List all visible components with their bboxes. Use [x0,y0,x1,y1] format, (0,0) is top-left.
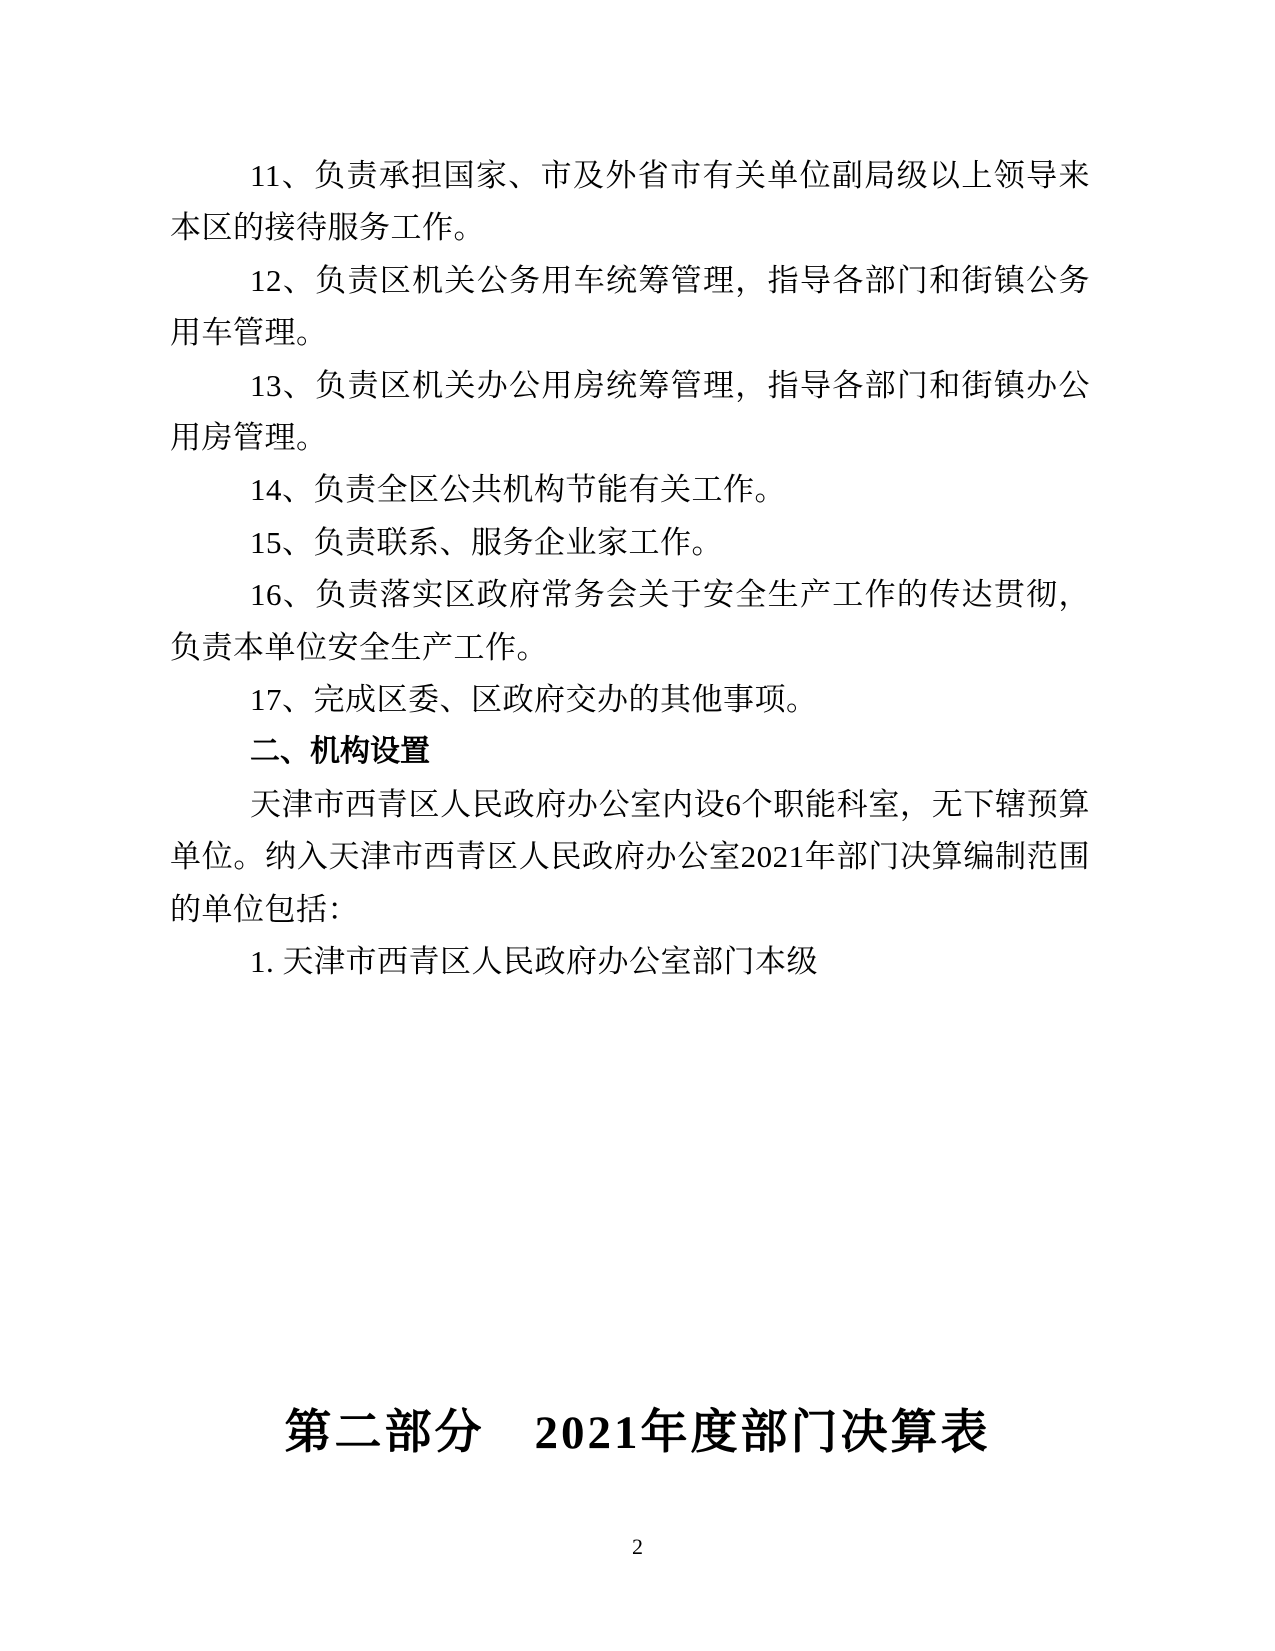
paragraph-duty-13: 13、负责区机关办公用房统筹管理，指导各部门和街镇办公用房管理。 [170,360,1090,465]
section-heading-organization: 二、机构设置 [170,726,1090,778]
paragraph-duty-11: 11、负责承担国家、市及外省市有关单位副局级以上领导来本区的接待服务工作。 [170,150,1090,255]
part-two-title: 第二部分 2021年度部门决算表 [0,1398,1275,1468]
paragraph-duty-14: 14、负责全区公共机构节能有关工作。 [170,464,1090,516]
document-body: 11、负责承担国家、市及外省市有关单位副局级以上领导来本区的接待服务工作。 12… [170,150,1090,989]
document-page: 11、负责承担国家、市及外省市有关单位副局级以上领导来本区的接待服务工作。 12… [0,0,1275,1651]
paragraph-duty-16: 16、负责落实区政府常务会关于安全生产工作的传达贯彻，负责本单位安全生产工作。 [170,569,1090,674]
paragraph-duty-15: 15、负责联系、服务企业家工作。 [170,517,1090,569]
page-number: 2 [0,1530,1275,1564]
paragraph-unit-item-1: 1. 天津市西青区人民政府办公室部门本级 [170,936,1090,988]
paragraph-duty-12: 12、负责区机关公务用车统筹管理，指导各部门和街镇公务用车管理。 [170,255,1090,360]
paragraph-duty-17: 17、完成区委、区政府交办的其他事项。 [170,674,1090,726]
paragraph-organization-intro: 天津市西青区人民政府办公室内设6个职能科室，无下辖预算单位。纳入天津市西青区人民… [170,779,1090,936]
